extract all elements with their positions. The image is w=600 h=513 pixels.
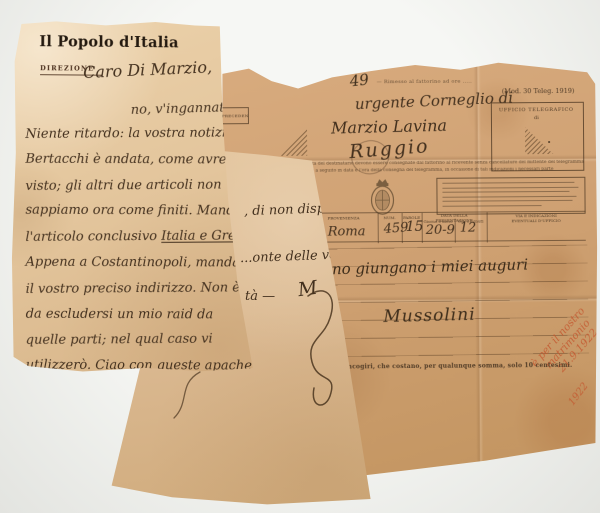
letter-body-line: da escludersi un mio raid da	[26, 301, 252, 328]
opening-line: no, v'ingannate.	[131, 100, 237, 118]
notice-line	[443, 200, 573, 202]
table-divider	[487, 212, 488, 242]
notice-line	[442, 191, 569, 193]
pencil-number: 49	[349, 70, 370, 90]
notice-line	[442, 182, 574, 184]
letter-body-line: visto; gli altri due articoli non	[25, 172, 251, 199]
letter-body-line: il vostro preciso indirizzo. Non è	[26, 275, 252, 302]
letter-body-line: sappiamo ora come finiti. Mandate	[25, 198, 251, 225]
line-prefix: l'articolo conclusivo	[25, 229, 161, 245]
photo-backdrop: 49 — Rimesso al fattorino ad ore ..... (…	[0, 0, 600, 513]
address-line: Marzio Lavina	[331, 116, 447, 138]
notice-line	[442, 196, 576, 198]
sheet-fragment-line: tà —	[245, 289, 275, 304]
col-header-via-2: EVENTUALI D'UFFICIO	[489, 219, 584, 224]
notice-line	[442, 186, 578, 188]
letter-body-line: l'articolo conclusivo Italia e Grecia:	[25, 223, 251, 250]
red-annotation-year: 1922	[566, 381, 590, 408]
letterhead-sheet: Il Popolo d'Italia DIREZIONE Caro Di Mar…	[8, 19, 259, 373]
letter-body-line: Bertacchi è andata, come avrete	[25, 146, 251, 173]
value-ore: 12	[460, 221, 477, 236]
pen-stroke-icon	[166, 368, 206, 422]
fattorino-note: — Rimesso al fattorino ad ore .....	[377, 79, 472, 86]
ink-dot	[549, 141, 551, 143]
address-line: urgente Corneglio di	[355, 89, 514, 114]
value-giorno: 20-9	[426, 223, 455, 238]
letter-body: Niente ritardo: la vostra notizia fu Ber…	[25, 121, 251, 379]
notice-line	[443, 205, 542, 207]
telegram-signature: Mussolini	[383, 305, 476, 327]
value-provenienza: Roma	[328, 224, 366, 239]
letter-body-line: Appena a Costantinopoli, mandatemi	[26, 250, 252, 277]
letter-body-line: quelle parti; nel qual caso vi	[26, 327, 252, 354]
fold-mark-left-icon	[279, 129, 307, 156]
office-box-subtitle: di	[492, 113, 583, 122]
value-parole: 15	[406, 219, 424, 235]
notice-box	[436, 177, 585, 215]
fine-print-line: e a seguito in data e l'ora della conseg…	[311, 167, 587, 174]
signature-flourish-icon	[294, 288, 344, 413]
precedenza-box: PRECEDENZA	[221, 107, 249, 124]
telegram-table: PROVENIENZA NUM. PAROLE DATA DELLA PRESE…	[310, 211, 586, 243]
coat-of-arms-icon	[367, 176, 397, 216]
letter-body-line: Niente ritardo: la vostra notizia fu	[25, 120, 251, 147]
masthead: Il Popolo d'Italia	[39, 32, 179, 51]
salutation: Caro Di Marzio,	[83, 57, 213, 82]
